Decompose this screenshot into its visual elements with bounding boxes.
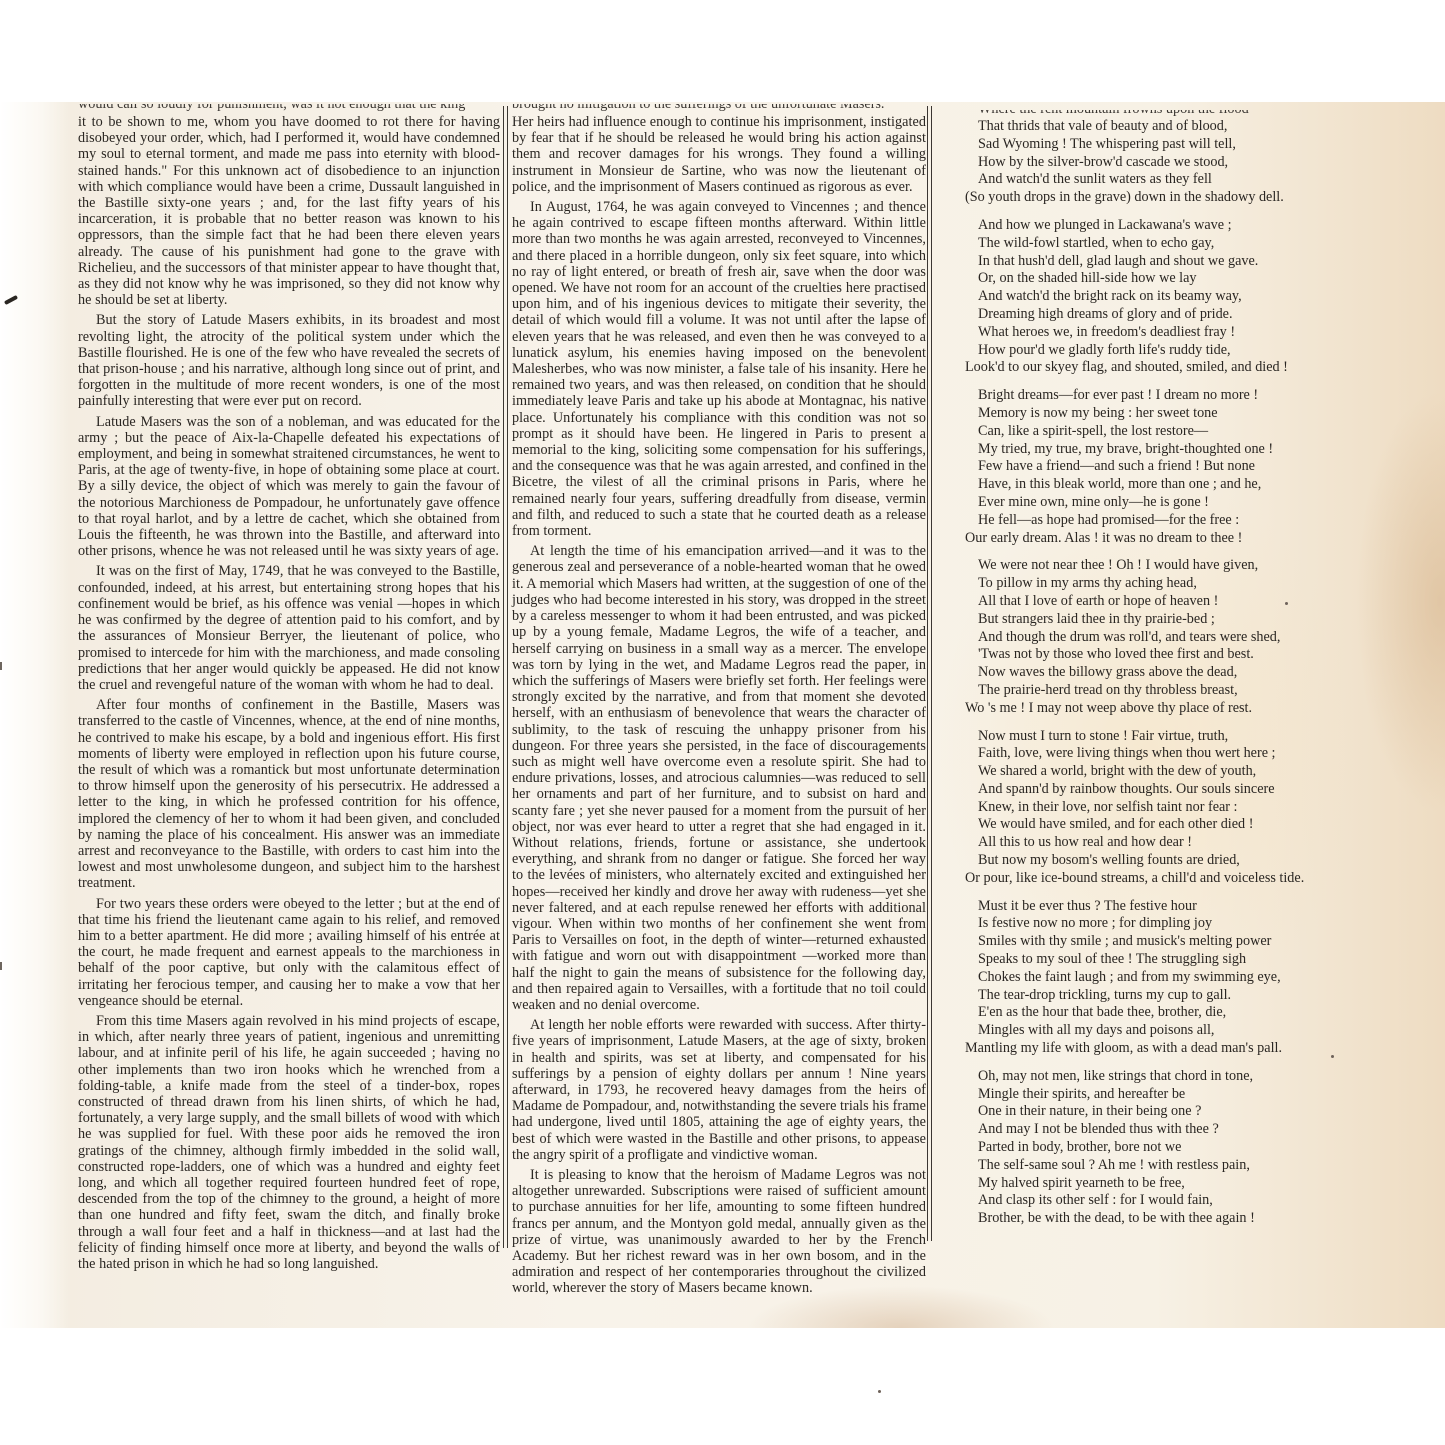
poem-line: That thrids that vale of beauty and of b… [960, 118, 1340, 136]
poem-line: Mantling my life with gloom, as with a d… [960, 1040, 1340, 1058]
poem-line: The tear-drop trickling, turns my cup to… [960, 987, 1340, 1005]
poem-line: Speaks to my soul of thee ! The struggli… [960, 951, 1340, 969]
poem-line: My halved spirit yearneth to be free, [960, 1175, 1340, 1193]
poem-line: We would have smiled, and for each other… [960, 816, 1340, 834]
poem-line: How by the silver-brow'd cascade we stoo… [960, 154, 1340, 172]
poem-line: Memory is now my being : her sweet tone [960, 405, 1340, 423]
poem-line: And though the drum was roll'd, and tear… [960, 629, 1340, 647]
poem-line: Ever mine own, mine only—he is gone ! [960, 494, 1340, 512]
poem-line: Parted in body, brother, bore not we [960, 1139, 1340, 1157]
poem-line: Now must I turn to stone ! Fair virtue, … [960, 728, 1340, 746]
poem-stanza: And how we plunged in Lackawana's wave ;… [960, 217, 1340, 377]
poem-stanza: Must it be ever thus ? The festive hour … [960, 898, 1340, 1058]
column-left: would call so loudly for punishment, was… [78, 110, 500, 1272]
paragraph: Latude Masers was the son of a nobleman,… [78, 414, 500, 560]
poem-line: But now my bosom's welling founts are dr… [960, 852, 1340, 870]
poem-line: (So youth drops in the grave) down in th… [960, 189, 1340, 207]
poem-line: Our early dream. Alas ! it was no dream … [960, 530, 1340, 548]
poem-line: Sad Wyoming ! The whispering past will t… [960, 136, 1340, 154]
cut-line: would call so loudly for punishment, was… [78, 104, 500, 114]
poem-line: Mingles with all my days and poisons all… [960, 1022, 1340, 1040]
poem-line: He fell—as hope had promised—for the fre… [960, 512, 1340, 530]
poem-line: Knew, in their love, nor selfish taint n… [960, 799, 1340, 817]
poem-line: E'en as the hour that bade thee, brother… [960, 1004, 1340, 1022]
poem-line: Faith, love, were living things when tho… [960, 745, 1340, 763]
cut-line: brought no mitigation to the sufferings … [512, 104, 926, 114]
poem-line: All this to us how real and how dear ! [960, 834, 1340, 852]
poem-line: Is festive now no more ; for dimpling jo… [960, 915, 1340, 933]
paragraph: From this time Masers again revolved in … [78, 1013, 500, 1272]
poem-line: And may I not be blended thus with thee … [960, 1121, 1340, 1139]
poem-line: Chokes the faint laugh ; and from my swi… [960, 969, 1340, 987]
poem-line: All that I love of earth or hope of heav… [960, 593, 1340, 611]
poem-line: Bright dreams—for ever past ! I dream no… [960, 387, 1340, 405]
poem-line: Or, on the shaded hill-side how we lay [960, 270, 1340, 288]
poem-line: The wild-fowl startled, when to echo gay… [960, 235, 1340, 253]
poem-stanza: Bright dreams—for ever past ! I dream no… [960, 387, 1340, 547]
paragraph: In August, 1764, he was again conveyed t… [512, 199, 926, 539]
paragraph: At length her noble efforts were rewarde… [512, 1017, 926, 1163]
column-divider [927, 106, 932, 1241]
poem-stanza: Now must I turn to stone ! Fair virtue, … [960, 728, 1340, 888]
poem-line: But strangers laid thee in thy prairie-b… [960, 611, 1340, 629]
poem-line: Have, in this bleak world, more than one… [960, 476, 1340, 494]
poem-line: Brother, be with the dead, to be with th… [960, 1210, 1340, 1228]
paragraph: For two years these orders were obeyed t… [78, 896, 500, 1009]
poem-line: Now waves the billowy grass above the de… [960, 664, 1340, 682]
page-margin-left [0, 102, 70, 1328]
poem-line: And clasp its other self : for I would f… [960, 1192, 1340, 1210]
poem-stanza: We were not near thee ! Oh ! I would hav… [960, 557, 1340, 717]
poem-line: We were not near thee ! Oh ! I would hav… [960, 557, 1340, 575]
poem-line: My tried, my true, my brave, bright-thou… [960, 441, 1340, 459]
poem-line: The prairie-herd tread on thy throbless … [960, 682, 1340, 700]
poem-stanza: Oh, may not men, like strings that chord… [960, 1068, 1340, 1228]
poem-line: The self-same soul ? Ah me ! with restle… [960, 1157, 1340, 1175]
speck [878, 1390, 881, 1393]
poem-line: Or pour, like ice-bound streams, a chill… [960, 870, 1340, 888]
poem-line: Dreaming high dreams of glory and of pri… [960, 306, 1340, 324]
poem-line: One in their nature, in their being one … [960, 1103, 1340, 1121]
paragraph: But the story of Latude Masers exhibits,… [78, 312, 500, 409]
paragraph: It is pleasing to know that the heroism … [512, 1167, 926, 1297]
poem-line: And how we plunged in Lackawana's wave ; [960, 217, 1340, 235]
poem-line: Look'd to our skyey flag, and shouted, s… [960, 359, 1340, 377]
poem-line: Mingle their spirits, and hereafter be [960, 1086, 1340, 1104]
poem-stanza: Where the rent mountain frowns upon the … [960, 110, 1340, 207]
paragraph: it to be shown to me, whom you have doom… [78, 114, 500, 308]
poem-line: Few have a friend—and such a friend ! Bu… [960, 458, 1340, 476]
poem-line: Oh, may not men, like strings that chord… [960, 1068, 1340, 1086]
poem-line: And spann'd by rainbow thoughts. Our sou… [960, 781, 1340, 799]
paragraph: Her heirs had influence enough to contin… [512, 114, 926, 195]
cut-line: Where the rent mountain frowns upon the … [960, 110, 1340, 118]
column-divider [503, 106, 508, 1248]
poem-line: Can, like a spirit-spell, the lost resto… [960, 423, 1340, 441]
paragraph: After four months of confinement in the … [78, 697, 500, 891]
column-right-poem: Where the rent mountain frowns upon the … [960, 110, 1340, 1238]
poem-line: We shared a world, bright with the dew o… [960, 763, 1340, 781]
poem-line: In that hush'd dell, glad laugh and shou… [960, 253, 1340, 271]
scanned-page: would call so loudly for punishment, was… [0, 102, 1445, 1328]
column-middle: brought no mitigation to the sufferings … [512, 110, 926, 1297]
poem-line: And watch'd the bright rack on its beamy… [960, 288, 1340, 306]
paragraph: At length the time of his emancipation a… [512, 543, 926, 1013]
edge-mark [0, 662, 2, 670]
poem-line: To pillow in my arms thy aching head, [960, 575, 1340, 593]
poem-line: How pour'd we gladly forth life's ruddy … [960, 342, 1340, 360]
poem-line: 'Twas not by those who loved thee first … [960, 646, 1340, 664]
poem-line: And watch'd the sunlit waters as they fe… [960, 171, 1340, 189]
poem-line: Must it be ever thus ? The festive hour [960, 898, 1340, 916]
edge-mark [0, 962, 2, 970]
poem-line: Smiles with thy smile ; and musick's mel… [960, 933, 1340, 951]
poem-line: What heroes we, in freedom's deadliest f… [960, 324, 1340, 342]
poem-line: Wo 's me ! I may not weep above thy plac… [960, 700, 1340, 718]
paragraph: It was on the first of May, 1749, that h… [78, 563, 500, 693]
